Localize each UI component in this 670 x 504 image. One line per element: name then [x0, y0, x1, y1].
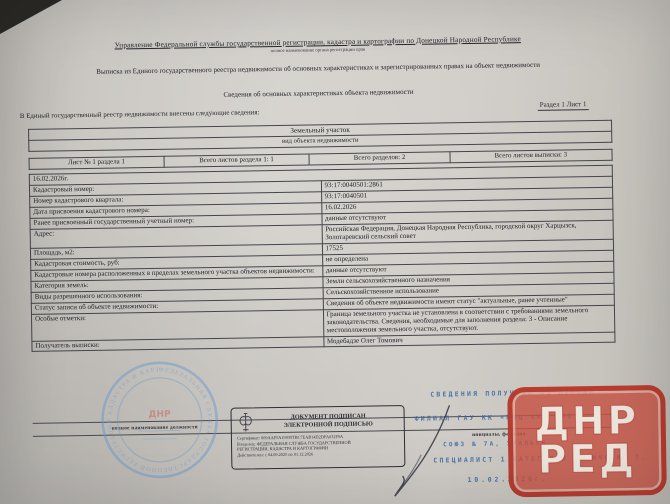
dnr-red-watermark: ДНР РЕД: [507, 385, 667, 497]
watermark-line2: РЕД: [538, 440, 638, 480]
sheet-cell: Всего листов раздела 1: 1: [164, 154, 310, 167]
section-page-label: Раздел 1 Лист 1: [538, 100, 589, 111]
round-ink-stamp-icon: ФЕДЕРАЛЬНАЯ СЛУЖБА ГОСУДАРСТВЕННОЙ РЕГИС…: [98, 358, 222, 482]
object-kind-table: Земельный участок вид объекта недвижимос…: [28, 120, 612, 152]
document-photo: Управление Федеральной службы государств…: [0, 0, 670, 504]
sheet-cell: Лист № 1 раздела 1: [29, 156, 164, 169]
esign-title-line2: ЭЛЕКТРОННОЙ ПОДПИСЬЮ: [258, 420, 399, 430]
sheet-cell: Всего разделов: 2: [309, 152, 449, 165]
intro-text: В Единый государственный реестр недвижим…: [20, 109, 260, 120]
attributes-table: 16.02.2026г. Кадастровый номер:93:17:004…: [29, 165, 616, 353]
document-content: Управление Федеральной службы государств…: [0, 0, 670, 504]
sheet-cell: Всего листов выписки: 3: [450, 149, 613, 162]
section-title: Сведения об основных характеристиках объ…: [26, 85, 612, 102]
rosreestr-emblem-icon: [237, 411, 255, 433]
document-type-title: Выписка из Единого государственного реес…: [11, 59, 625, 77]
esign-box: ДОКУМЕНТ ПОДПИСАН ЭЛЕКТРОННОЙ ПОДПИСЬЮ С…: [230, 405, 405, 470]
stamp-center-text: ДНР: [148, 410, 171, 420]
handwritten-signature: [387, 402, 458, 499]
